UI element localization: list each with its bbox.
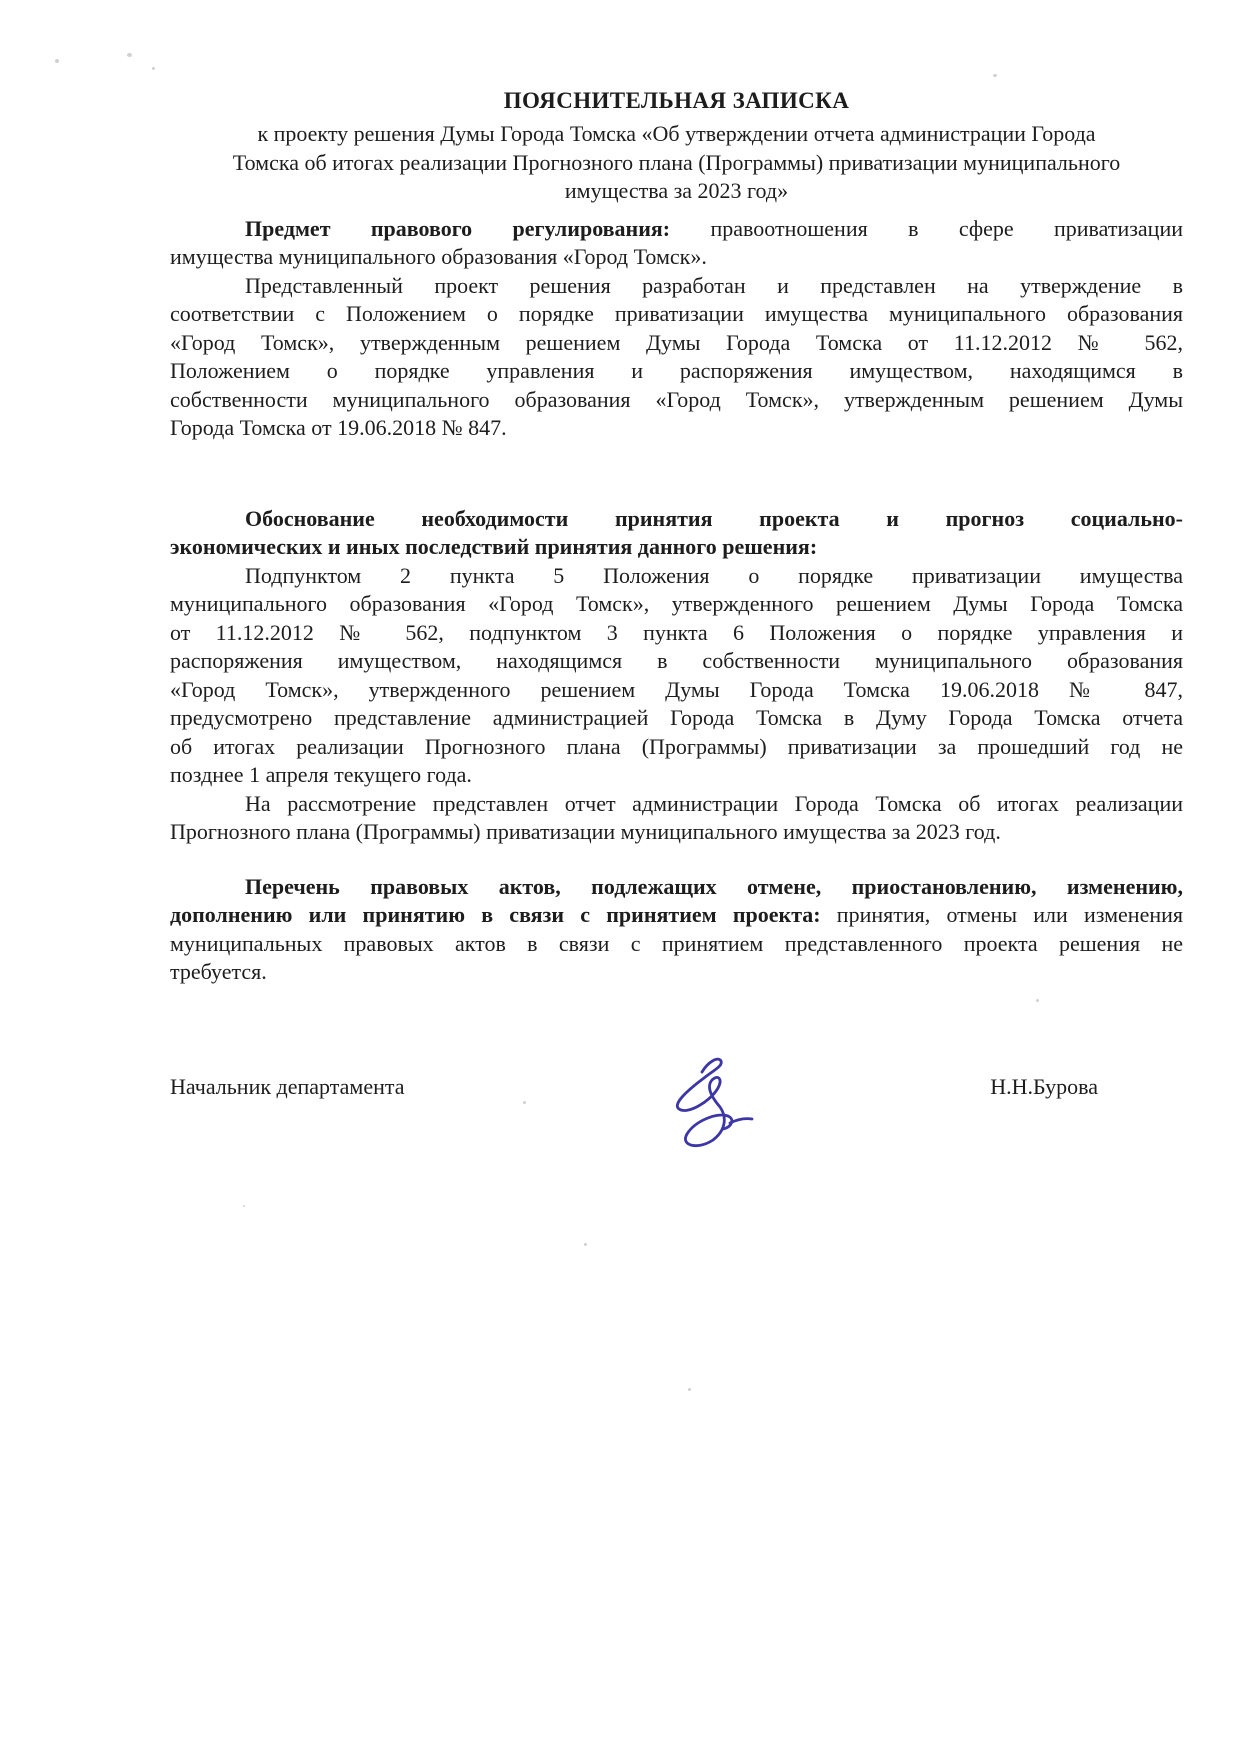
text-line: предусмотрено представление администраци… bbox=[170, 704, 1183, 733]
text-line: муниципальных правовых актов в связи с п… bbox=[170, 930, 1183, 959]
subtitle: к проекту решения Думы Города Томска «Об… bbox=[170, 120, 1183, 206]
text-line: имущества муниципального образования «Го… bbox=[170, 243, 1183, 272]
text-line: Предмет правового регулирования: правоот… bbox=[170, 215, 1183, 244]
text-line: муниципального образования «Город Томск»… bbox=[170, 590, 1183, 619]
document-body: к проекту решения Думы Города Томска «Об… bbox=[170, 120, 1183, 987]
paragraph-subject: Предмет правового регулирования: правоот… bbox=[170, 215, 1183, 272]
text-line: позднее 1 апреля текущего года. bbox=[170, 761, 1183, 790]
scan-speck bbox=[243, 1205, 245, 1207]
heading-justification: Обоснование необходимости принятия проек… bbox=[170, 505, 1183, 562]
scan-speck bbox=[584, 1243, 587, 1246]
text-line: имущества за 2023 год» bbox=[170, 177, 1183, 206]
document-page: ПОЯСНИТЕЛЬНАЯ ЗАПИСКА к проекту решения … bbox=[0, 0, 1240, 1753]
text-line: дополнению или принятию в связи с принят… bbox=[170, 901, 1183, 930]
text-line: На рассмотрение представлен отчет админи… bbox=[170, 790, 1183, 819]
scan-speck bbox=[127, 53, 132, 57]
signature-ink bbox=[660, 1050, 760, 1152]
text-line: Перечень правовых актов, подлежащих отме… bbox=[170, 873, 1183, 902]
text-line: «Город Томск», утвержденного решением Ду… bbox=[170, 676, 1183, 705]
scan-speck bbox=[523, 1101, 526, 1104]
scan-speck bbox=[1036, 999, 1039, 1002]
text-line: соответствии с Положением о порядке прив… bbox=[170, 300, 1183, 329]
text-line: распоряжения имуществом, находящимся в с… bbox=[170, 647, 1183, 676]
text-line: Города Томска от 19.06.2018 № 847. bbox=[170, 414, 1183, 443]
scan-speck bbox=[688, 1388, 691, 1391]
paragraph-acts: Перечень правовых актов, подлежащих отме… bbox=[170, 873, 1183, 987]
text-line: «Город Томск», утвержденным решением Дум… bbox=[170, 329, 1183, 358]
paragraph-provision: Подпунктом 2 пункта 5 Положения о порядк… bbox=[170, 562, 1183, 790]
text-line: собственности муниципального образования… bbox=[170, 386, 1183, 415]
scan-speck bbox=[152, 67, 155, 70]
scan-speck bbox=[993, 74, 997, 77]
text-line: об итогах реализации Прогнозного плана (… bbox=[170, 733, 1183, 762]
signature-name: Н.Н.Бурова bbox=[990, 1073, 1098, 1102]
text-line: от 11.12.2012 № 562, подпунктом 3 пункта… bbox=[170, 619, 1183, 648]
text-line: Прогнозного плана (Программы) приватизац… bbox=[170, 818, 1183, 847]
text-line: Положением о порядке управления и распор… bbox=[170, 357, 1183, 386]
signature-ink-path bbox=[677, 1059, 752, 1145]
text-line: Подпунктом 2 пункта 5 Положения о порядк… bbox=[170, 562, 1183, 591]
text-line: Обоснование необходимости принятия проек… bbox=[170, 505, 1183, 534]
text-line: требуется. bbox=[170, 958, 1183, 987]
page-title: ПОЯСНИТЕЛЬНАЯ ЗАПИСКА bbox=[170, 86, 1183, 116]
paragraph-project-basis: Представленный проект решения разработан… bbox=[170, 272, 1183, 443]
text-line: Томска об итогах реализации Прогнозного … bbox=[170, 149, 1183, 178]
text-line: экономических и иных последствий приняти… bbox=[170, 533, 1183, 562]
paragraph-review: На рассмотрение представлен отчет админи… bbox=[170, 790, 1183, 847]
scan-speck bbox=[55, 59, 59, 63]
text-line: Представленный проект решения разработан… bbox=[170, 272, 1183, 301]
text-line: к проекту решения Думы Города Томска «Об… bbox=[170, 120, 1183, 149]
signature-position-label: Начальник департамента bbox=[170, 1073, 405, 1102]
